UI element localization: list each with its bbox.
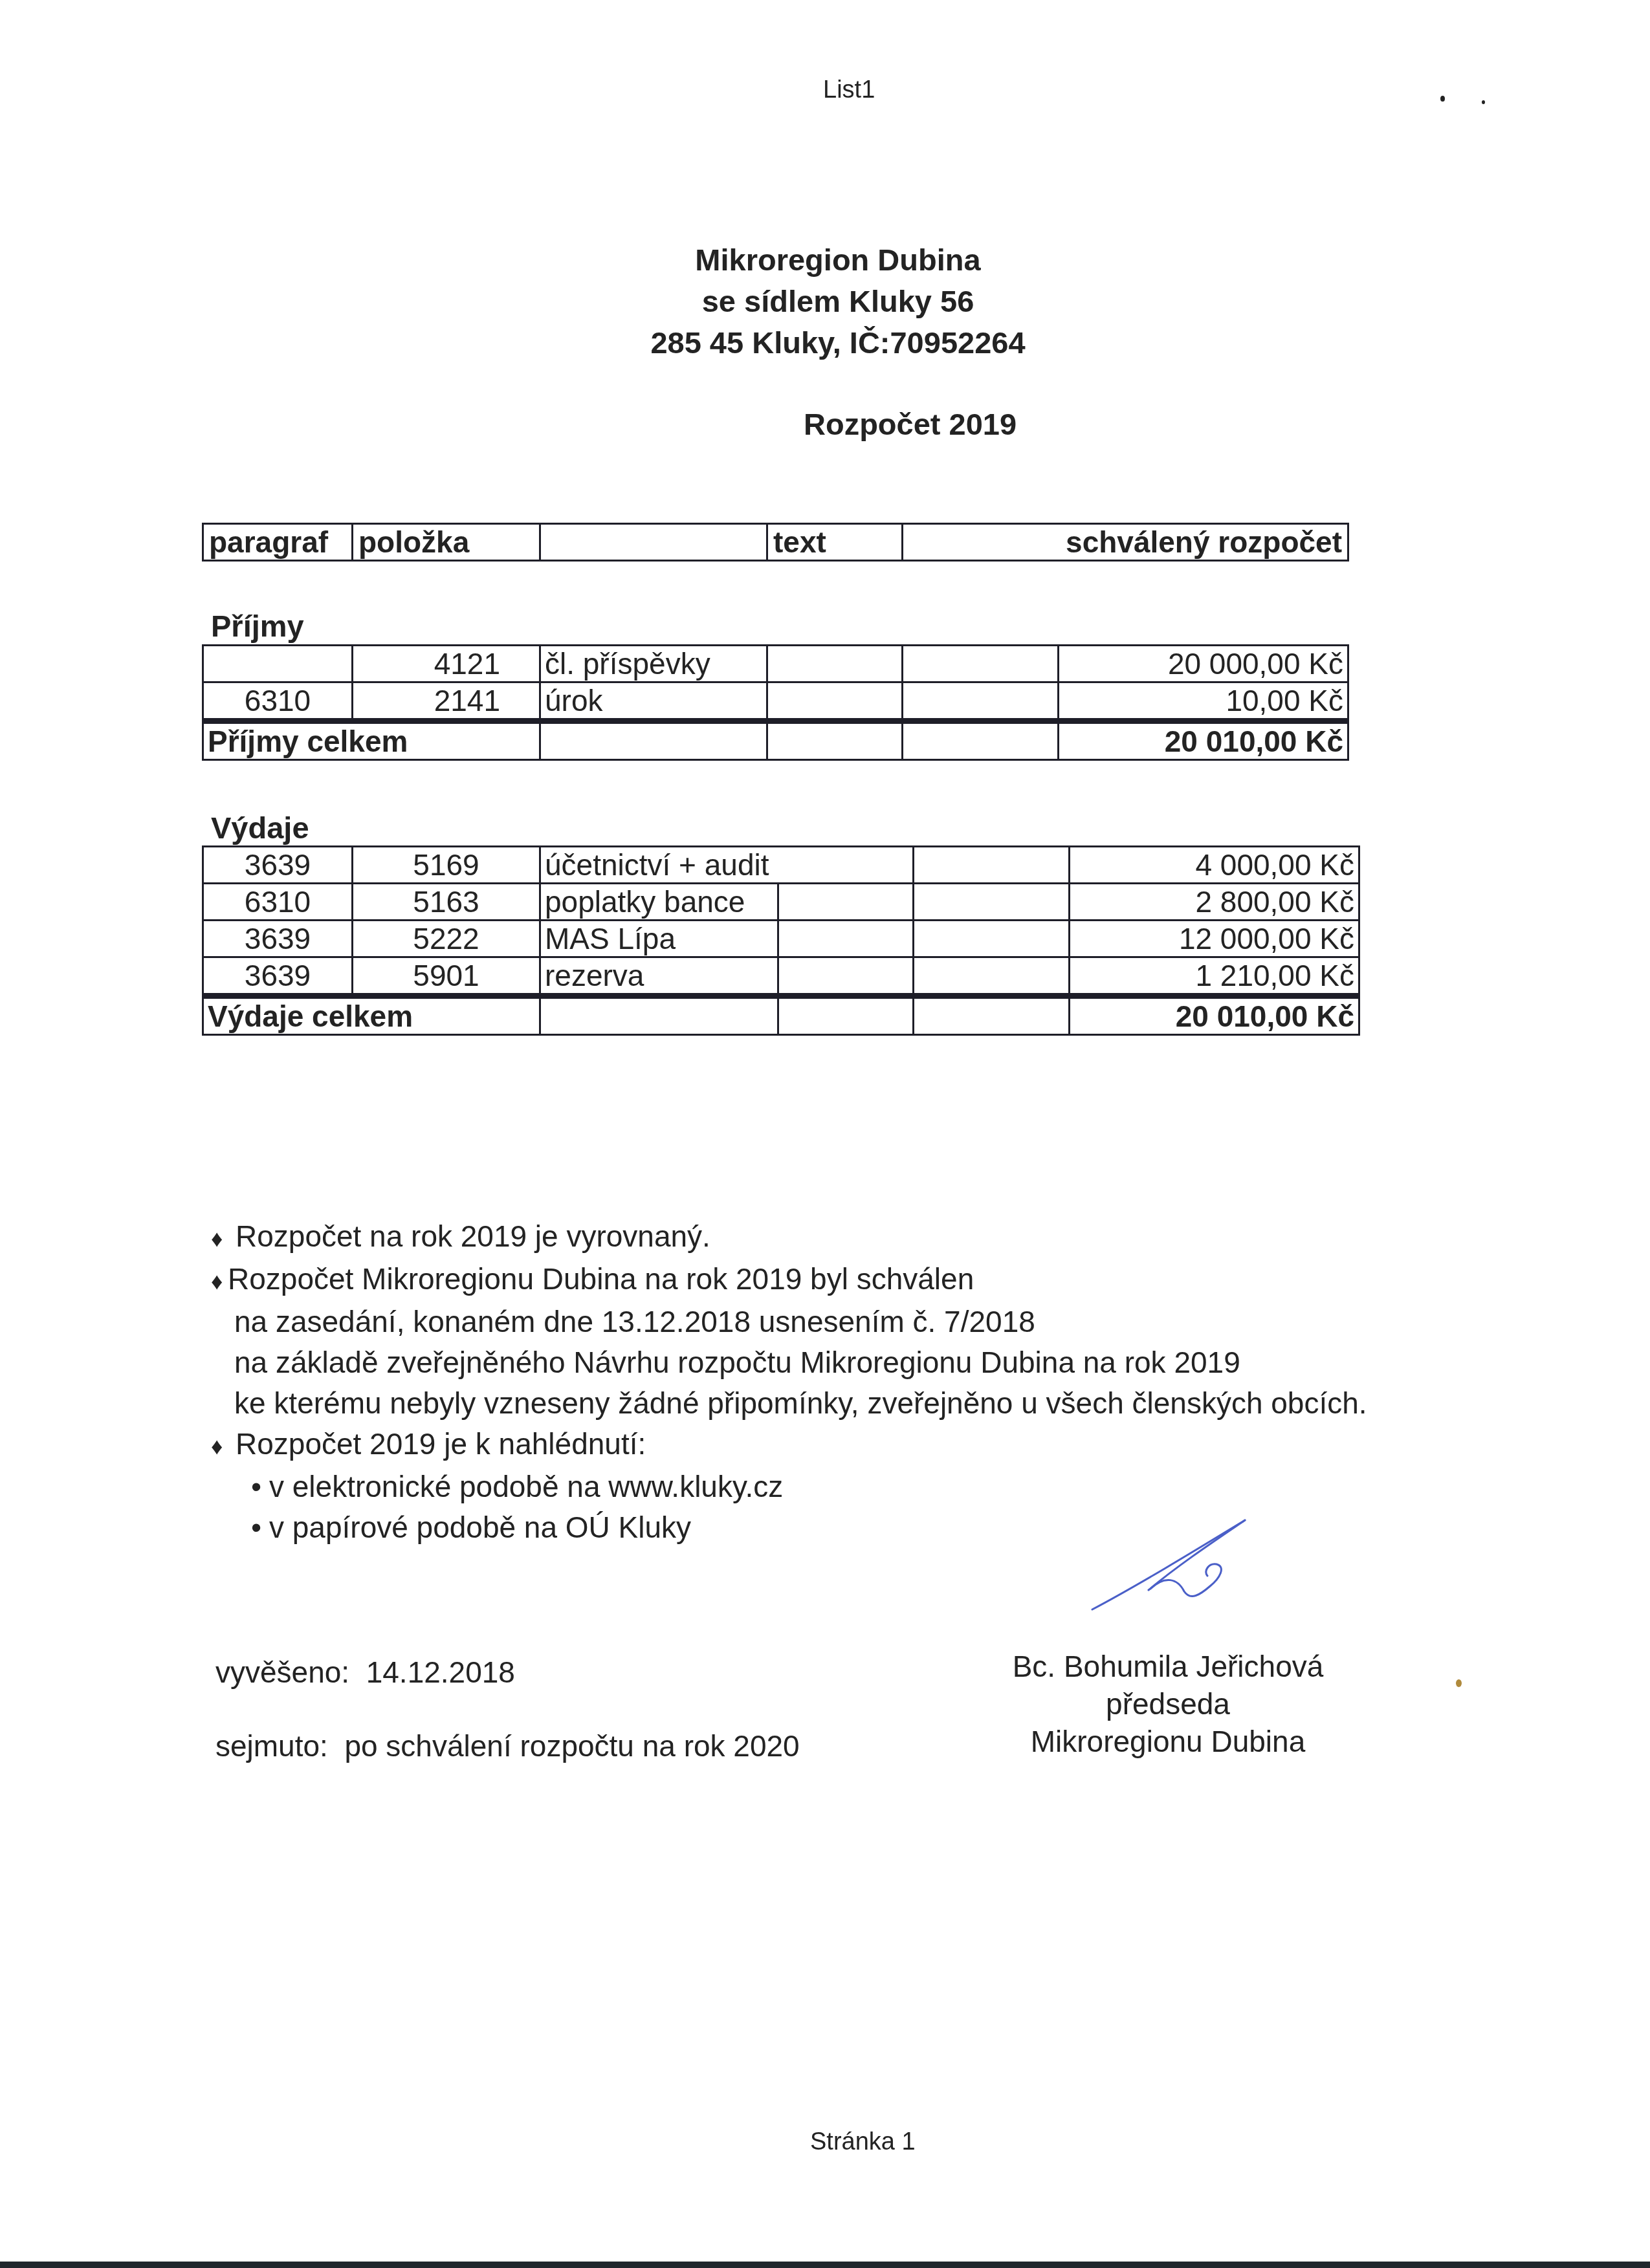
dot-bullet-icon: • [251,1467,269,1507]
cell-polozka: 5169 [353,847,540,884]
income-total-amount: 20 010,00 Kč [1059,721,1348,760]
cell-empty [913,921,1069,957]
table-row: 3639 5169 účetnictví + audit 4 000,00 Kč [203,847,1359,884]
note-continuation: na zasedání, konaném dne 13.12.2018 usne… [211,1302,1367,1342]
scan-speck [1482,100,1485,104]
cell-amount: 12 000,00 Kč [1069,921,1359,957]
org-name: Mikroregion Dubina [0,239,1650,281]
cell-paragraf: 3639 [203,921,353,957]
diamond-bullet-icon: ♦ [211,1218,236,1259]
cell-paragraf: 6310 [203,682,353,721]
cell-empty [540,721,767,760]
cell-empty [778,996,913,1035]
cell-text: úrok [540,682,767,721]
expenses-table: 3639 5169 účetnictví + audit 4 000,00 Kč… [202,845,1360,1036]
sheet-label: List1 [823,76,875,104]
diamond-bullet-icon: ♦ [211,1261,228,1302]
cell-paragraf: 3639 [203,957,353,996]
col-header-polozka: položka [353,524,540,561]
cell-amount: 20 000,00 Kč [1059,646,1348,682]
cell-polozka: 4121 [353,646,540,682]
cell-amount: 10,00 Kč [1059,682,1348,721]
note-sub-text: v papírové podobě na OÚ Kluky [269,1510,691,1544]
removed-value: po schválení rozpočtu na rok 2020 [344,1729,799,1763]
cell-empty [903,682,1059,721]
cell-text: MAS Lípa [540,921,778,957]
removed-label: sejmuto: [215,1729,328,1763]
income-section-label: Příjmy [211,608,304,644]
note-continuation: ke kterému nebyly vzneseny žádné připomí… [211,1383,1367,1424]
org-address: se sídlem Kluky 56 [0,281,1650,322]
cell-text: účetnictví + audit [540,847,778,884]
col-header-blank [540,524,767,561]
budget-notes: ♦Rozpočet na rok 2019 je vyrovnaný. ♦Roz… [211,1216,1367,1548]
cell-amount: 4 000,00 Kč [1069,847,1359,884]
cell-polozka: 5222 [353,921,540,957]
removal-date: sejmuto: po schválení rozpočtu na rok 20… [215,1728,800,1763]
cell-polozka: 5901 [353,957,540,996]
handwritten-signature [1087,1514,1281,1630]
posted-value: 14.12.2018 [366,1655,515,1689]
dot-bullet-icon: • [251,1507,269,1548]
note-continuation: na základě zveřejněného Návrhu rozpočtu … [211,1342,1367,1383]
cell-paragraf [203,646,353,682]
note-text: Rozpočet na rok 2019 je vyrovnaný. [236,1219,710,1253]
cell-empty [767,721,903,760]
cell-amount: 2 800,00 Kč [1069,884,1359,921]
cell-empty [767,682,903,721]
cell-polozka: 2141 [353,682,540,721]
signatory-org: Mikroregionu Dubina [919,1723,1417,1760]
cell-empty [913,884,1069,921]
note-sub-text: v elektronické podobě na www.kluky.cz [269,1470,783,1503]
column-header-table: paragraf položka text schválený rozpočet [202,523,1349,562]
cell-paragraf: 6310 [203,884,353,921]
table-row: 4121 čl. příspěvky 20 000,00 Kč [203,646,1348,682]
diamond-bullet-icon: ♦ [211,1426,236,1467]
note-item: ♦Rozpočet 2019 je k nahlédnutí: [211,1424,1367,1467]
cell-empty [778,957,913,996]
cell-text: čl. příspěvky [540,646,767,682]
note-text: Rozpočet 2019 je k nahlédnutí: [236,1427,646,1461]
cell-empty [903,721,1059,760]
table-row: 3639 5222 MAS Lípa 12 000,00 Kč [203,921,1359,957]
income-table: 4121 čl. příspěvky 20 000,00 Kč 6310 214… [202,644,1349,761]
page-footer: Stránka 1 [810,2128,916,2156]
posted-date: vyvěšeno: 14.12.2018 [215,1655,515,1690]
posted-label: vyvěšeno: [215,1655,349,1689]
cell-empty [903,646,1059,682]
cell-empty [778,847,913,884]
cell-polozka: 5163 [353,884,540,921]
cell-empty [913,996,1069,1035]
note-text: Rozpočet Mikroregionu Dubina na rok 2019… [228,1262,974,1296]
cell-text: poplatky bance [540,884,778,921]
signatory-role: předseda [919,1685,1417,1723]
expenses-total-row: Výdaje celkem 20 010,00 Kč [203,996,1359,1035]
expenses-section-label: Výdaje [211,810,309,845]
expenses-total-amount: 20 010,00 Kč [1069,996,1359,1035]
income-total-row: Příjmy celkem 20 010,00 Kč [203,721,1348,760]
table-row: 6310 5163 poplatky bance 2 800,00 Kč [203,884,1359,921]
cell-empty [540,996,778,1035]
document-title: Rozpočet 2019 [804,406,1017,442]
cell-empty [778,884,913,921]
signatory-name: Bc. Bohumila Jeřichová [919,1648,1417,1685]
cell-amount: 1 210,00 Kč [1069,957,1359,996]
cell-text: rezerva [540,957,778,996]
col-header-budget: schválený rozpočet [903,524,1348,561]
cell-empty [767,646,903,682]
scan-speck [1456,1679,1462,1687]
table-row: 6310 2141 úrok 10,00 Kč [203,682,1348,721]
org-city-id: 285 45 Kluky, IČ:70952264 [0,322,1650,364]
cell-paragraf: 3639 [203,847,353,884]
column-header-row: paragraf položka text schválený rozpočet [203,524,1348,561]
cell-empty [913,847,1069,884]
income-total-label: Příjmy celkem [203,721,540,760]
scan-edge-strip [0,2262,1650,2268]
note-item: ♦Rozpočet Mikroregionu Dubina na rok 201… [211,1259,1367,1302]
note-item: ♦Rozpočet na rok 2019 je vyrovnaný. [211,1216,1367,1259]
signatory-block: Bc. Bohumila Jeřichová předseda Mikroreg… [919,1648,1417,1760]
note-sub-item: •v elektronické podobě na www.kluky.cz [211,1467,1367,1507]
col-header-paragraf: paragraf [203,524,353,561]
table-row: 3639 5901 rezerva 1 210,00 Kč [203,957,1359,996]
scan-speck [1440,96,1445,102]
organization-header: Mikroregion Dubina se sídlem Kluky 56 28… [0,239,1650,364]
cell-empty [913,957,1069,996]
expenses-total-label: Výdaje celkem [203,996,540,1035]
cell-empty [778,921,913,957]
col-header-text: text [767,524,903,561]
